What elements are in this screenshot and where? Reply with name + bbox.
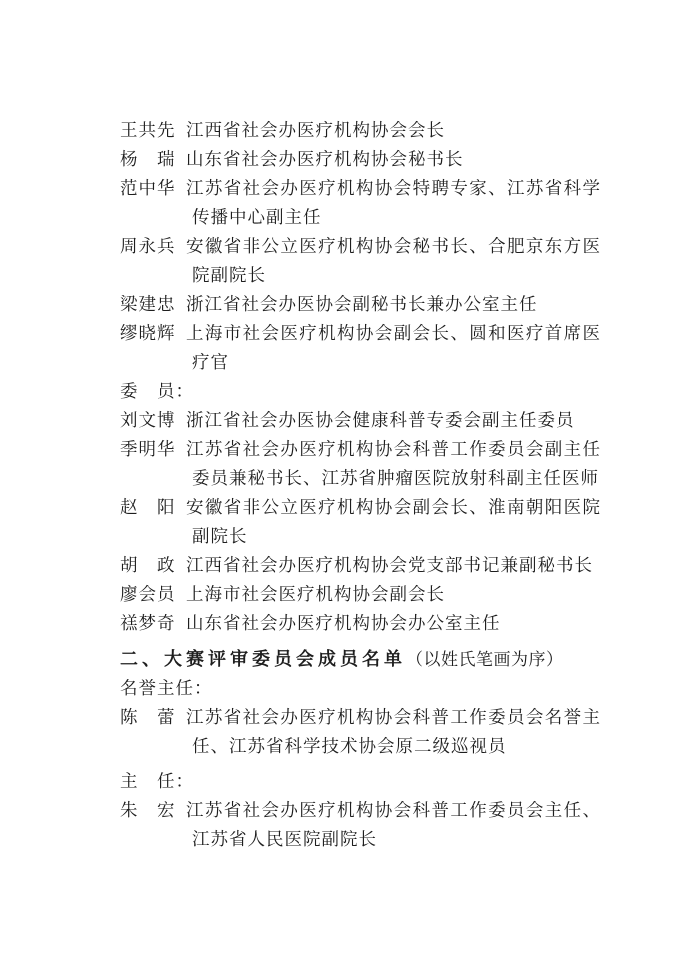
document-content: 王共先 江西省社会办医疗机构协会会长 杨 瑞 山东省社会办医疗机构协会秘书长 范…	[120, 116, 601, 854]
member-title: 安徽省非公立医疗机构协会秘书长、合肥京东方医院副院长	[186, 232, 601, 290]
member-title: 上海市社会医疗机构协会副会长	[186, 580, 601, 609]
member-row: 陈 蕾 江苏省社会办医疗机构协会科普工作委员会名誉主任、江苏省科学技术协会原二级…	[120, 703, 601, 761]
member-row: 禚梦奇 山东省社会办医疗机构协会办公室主任	[120, 609, 601, 638]
member-row: 廖会员 上海市社会医疗机构协会副会长	[120, 580, 601, 609]
member-name: 刘文博	[120, 406, 186, 435]
section2-heading: 二、大赛评审委员会成员名单（以姓氏笔画为序）	[120, 645, 601, 674]
member-name: 范中华	[120, 174, 186, 203]
member-row: 范中华 江苏省社会办医疗机构协会特聘专家、江苏省科学传播中心副主任	[120, 174, 601, 232]
member-title: 江苏省社会办医疗机构协会特聘专家、江苏省科学传播中心副主任	[186, 174, 601, 232]
member-name: 周永兵	[120, 232, 186, 261]
member-row: 周永兵 安徽省非公立医疗机构协会秘书长、合肥京东方医院副院长	[120, 232, 601, 290]
member-row: 季明华 江苏省社会办医疗机构协会科普工作委员会副主任委员兼秘书长、江苏省肿瘤医院…	[120, 435, 601, 493]
member-title: 山东省社会办医疗机构协会秘书长	[186, 145, 601, 174]
member-name: 杨 瑞	[120, 145, 186, 174]
member-title: 浙江省社会办医协会副秘书长兼办公室主任	[186, 290, 601, 319]
members-label: 委 员：	[120, 377, 601, 406]
member-row: 王共先 江西省社会办医疗机构协会会长	[120, 116, 601, 145]
member-title: 江苏省社会办医疗机构协会科普工作委员会主任、江苏省人民医院副院长	[186, 796, 601, 854]
member-row: 缪晓辉 上海市社会医疗机构协会副会长、圆和医疗首席医疗官	[120, 319, 601, 377]
member-row: 刘文博 浙江省社会办医协会健康科普专委会副主任委员	[120, 406, 601, 435]
member-name: 季明华	[120, 435, 186, 464]
member-row: 朱 宏 江苏省社会办医疗机构协会科普工作委员会主任、江苏省人民医院副院长	[120, 796, 601, 854]
document-page: 王共先 江西省社会办医疗机构协会会长 杨 瑞 山东省社会办医疗机构协会秘书长 范…	[0, 0, 677, 958]
member-name: 胡 政	[120, 551, 186, 580]
member-title: 江西省社会办医疗机构协会党支部书记兼副秘书长	[186, 551, 601, 580]
member-name: 廖会员	[120, 580, 186, 609]
member-title: 江苏省社会办医疗机构协会科普工作委员会名誉主任、江苏省科学技术协会原二级巡视员	[186, 703, 601, 761]
member-name: 朱 宏	[120, 796, 186, 825]
member-title: 安徽省非公立医疗机构协会副会长、淮南朝阳医院副院长	[186, 493, 601, 551]
honorary-director-label: 名誉主任：	[120, 674, 601, 703]
member-row: 杨 瑞 山东省社会办医疗机构协会秘书长	[120, 145, 601, 174]
section2-heading-text: 二、大赛评审委员会成员名单	[120, 649, 406, 669]
member-row: 赵 阳 安徽省非公立医疗机构协会副会长、淮南朝阳医院副院长	[120, 493, 601, 551]
member-name: 赵 阳	[120, 493, 186, 522]
member-name: 陈 蕾	[120, 703, 186, 732]
member-row: 胡 政 江西省社会办医疗机构协会党支部书记兼副秘书长	[120, 551, 601, 580]
member-title: 山东省社会办医疗机构协会办公室主任	[186, 609, 601, 638]
section2-heading-note: （以姓氏笔画为序）	[406, 650, 564, 669]
member-title: 江苏省社会办医疗机构协会科普工作委员会副主任委员兼秘书长、江苏省肿瘤医院放射科副…	[186, 435, 601, 493]
member-title: 江西省社会办医疗机构协会会长	[186, 116, 601, 145]
member-name: 梁建忠	[120, 290, 186, 319]
director-label: 主 任：	[120, 767, 601, 796]
member-title: 浙江省社会办医协会健康科普专委会副主任委员	[186, 406, 601, 435]
member-name: 缪晓辉	[120, 319, 186, 348]
member-row: 梁建忠 浙江省社会办医协会副秘书长兼办公室主任	[120, 290, 601, 319]
member-name: 王共先	[120, 116, 186, 145]
member-title: 上海市社会医疗机构协会副会长、圆和医疗首席医疗官	[186, 319, 601, 377]
member-name: 禚梦奇	[120, 609, 186, 638]
